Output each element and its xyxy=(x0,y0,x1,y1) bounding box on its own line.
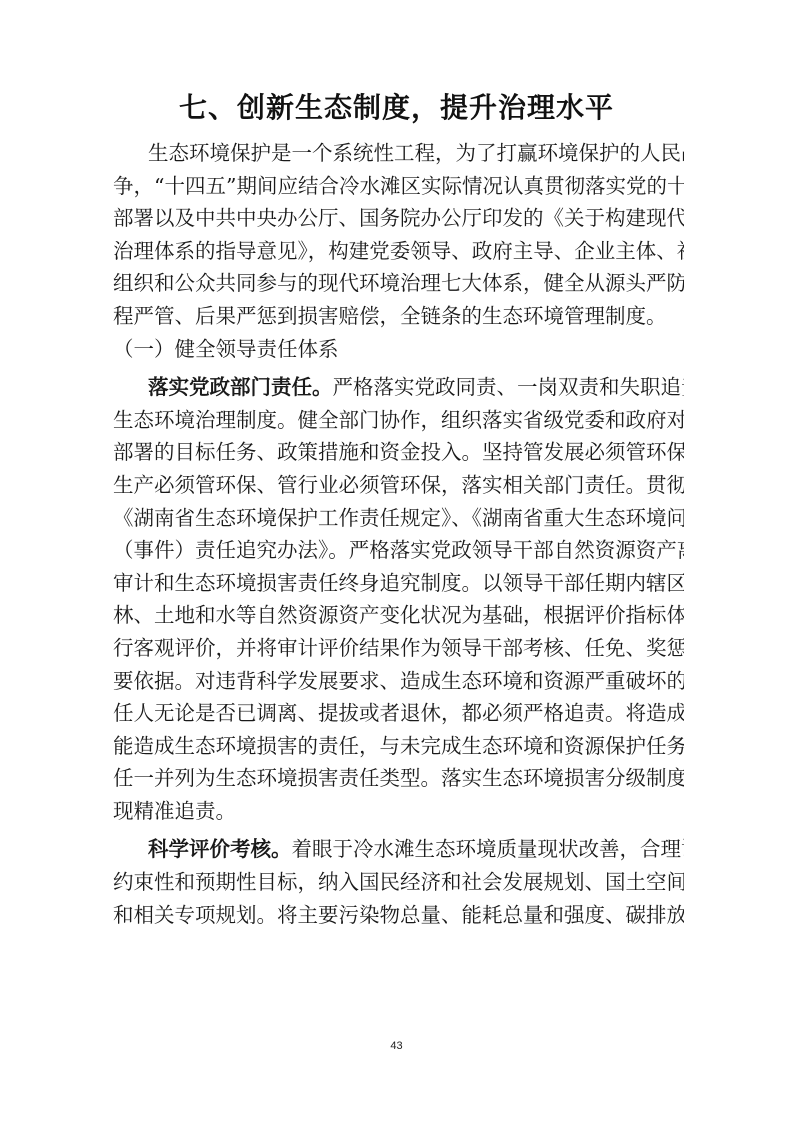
section1-line: 审计和生态环境损害责任终身追究制度。以领导干部任期内辖区森 xyxy=(113,567,684,600)
section1-line: 任一并列为生态环境损害责任类型。落实生态环境损害分级制度，实 xyxy=(113,762,684,795)
intro-line: 程严管、后果严惩到损害赔偿，全链条的生态环境管理制度。 xyxy=(113,300,684,333)
section2-line: 约束性和预期性目标，纳入国民经济和社会发展规划、国土空间规划 xyxy=(113,866,684,899)
document-page: 七、创新生态制度，提升治理水平 生态环境保护是一个系统性工程，为了打赢环境保护的… xyxy=(0,0,793,1122)
section2-lead: 科学评价考核。 xyxy=(148,837,292,861)
section-title: 七、创新生态制度，提升治理水平 xyxy=(0,86,793,126)
section1-line: （事件）责任追究办法》。严格落实党政领导干部自然资源资产离任 xyxy=(113,534,684,567)
section1-line: 现精准追责。 xyxy=(113,795,684,828)
intro-line: 治理体系的指导意见》，构建党委领导、政府主导、企业主体、社会 xyxy=(113,235,684,268)
section1-first-rest: 严格落实党政同责、一岗双责和失职追责等 xyxy=(333,375,685,399)
section2-first-line: 科学评价考核。着眼于冷水滩生态环境质量现状改善，合理设定 xyxy=(113,833,684,866)
intro-line: 组织和公众共同参与的现代环境治理七大体系，健全从源头严防、过 xyxy=(113,267,684,300)
section1-line: 生态环境治理制度。健全部门协作，组织落实省级党委和政府对本地 xyxy=(113,404,684,437)
section1-line: 生产必须管环保、管行业必须管环保，落实相关部门责任。贯彻落实 xyxy=(113,469,684,502)
document-body: 生态环境保护是一个系统性工程，为了打赢环境保护的人民战 争，“十四五”期间应结合… xyxy=(113,137,684,931)
section1-lead: 落实党政部门责任。 xyxy=(148,375,333,399)
section1-first-line: 落实党政部门责任。严格落实党政同责、一岗双责和失职追责等 xyxy=(113,371,684,404)
section1-line: 林、土地和水等自然资源资产变化状况为基础，根据评价指标体系进 xyxy=(113,599,684,632)
section1-line: 行客观评价，并将审计评价结果作为领导干部考核、任免、奖惩的重 xyxy=(113,632,684,665)
section1-line: 《湖南省生态环境保护工作责任规定》、《湖南省重大生态环境问题 xyxy=(113,502,684,535)
section1-line: 能造成生态环境损害的责任，与未完成生态环境和资源保护任务的责 xyxy=(113,730,684,763)
intro-line: 生态环境保护是一个系统性工程，为了打赢环境保护的人民战 xyxy=(113,137,684,170)
section2-first-rest: 着眼于冷水滩生态环境质量现状改善，合理设定 xyxy=(292,837,685,861)
page-number: 43 xyxy=(0,1040,793,1052)
subheading: （一）健全领导责任体系 xyxy=(113,333,684,366)
intro-line: 争，“十四五”期间应结合冷水滩区实际情况认真贯彻落实党的十九大 xyxy=(113,170,684,203)
section1-line: 任人无论是否已调离、提拔或者退休，都必须严格追责。将造成或可 xyxy=(113,697,684,730)
section1-line: 部署的目标任务、政策措施和资金投入。坚持管发展必须管环保、管 xyxy=(113,436,684,469)
section2-line: 和相关专项规划。将主要污染物总量、能耗总量和强度、碳排放强 xyxy=(113,899,684,932)
section1-line: 要依据。对违背科学发展要求、造成生态环境和资源严重破坏的，责 xyxy=(113,665,684,698)
intro-line: 部署以及中共中央办公厅、国务院办公厅印发的《关于构建现代环境 xyxy=(113,202,684,235)
